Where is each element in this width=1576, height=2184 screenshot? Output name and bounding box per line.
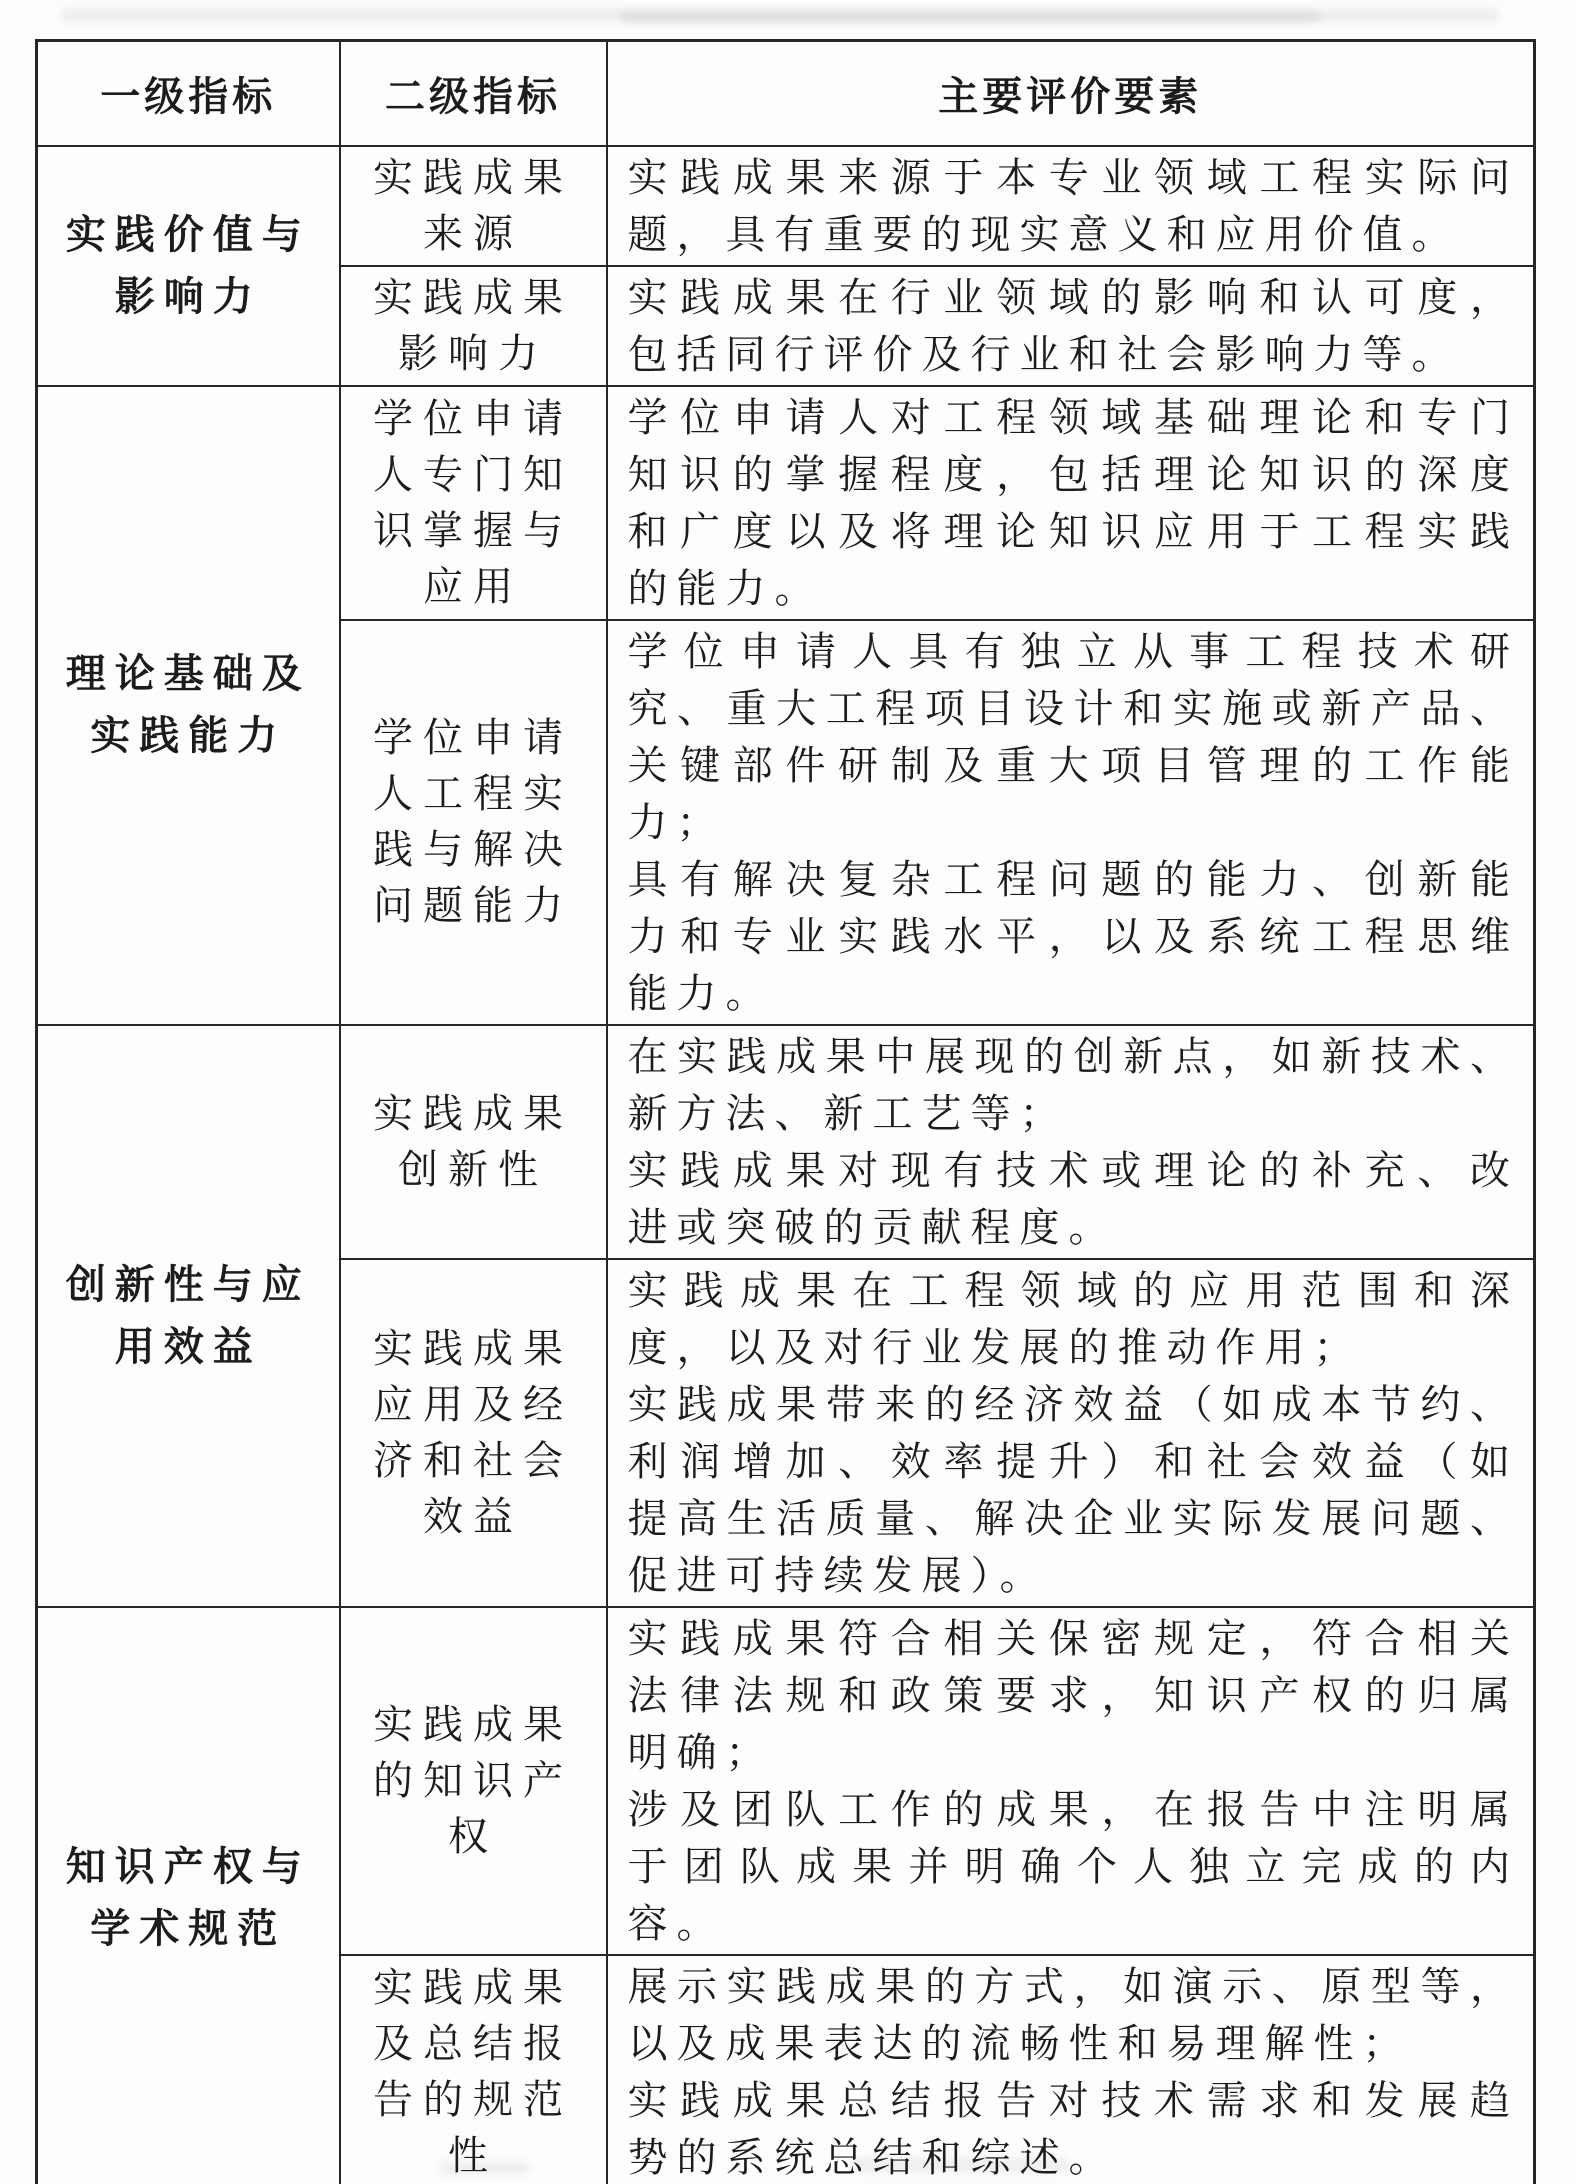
scanned-document-page: 一级指标 二级指标 主要评价要素 实践价值与 影响力 实践成果 来源 实践成果来… bbox=[0, 0, 1576, 2184]
criteria-cell-result-source: 实践成果来源于本专业领域工程实际问题，具有重要的现实意义和应用价值。 bbox=[607, 146, 1535, 266]
criteria-text-line: 实践成果在工程领域的应用范围和深 bbox=[628, 1262, 1520, 1319]
criteria-cell-result-innovation: 在实践成果中展现的创新点，如新技术、新方法、新工艺等；实践成果对现有技术或理论的… bbox=[607, 1025, 1535, 1259]
level1-cell-practice-value: 实践价值与 影响力 bbox=[37, 146, 340, 386]
level2-cell-problem-solving: 学位申请 人工程实 践与解决 问题能力 bbox=[340, 620, 607, 1025]
criteria-text-line: 力和专业实践水平，以及系统工程思维 bbox=[628, 908, 1520, 965]
criteria-text-line: 进或突破的贡献程度。 bbox=[628, 1199, 1520, 1256]
criteria-text-line: 究、重大工程项目设计和实施或新产品、 bbox=[628, 680, 1520, 737]
criteria-text-line: 促进可持续发展）。 bbox=[628, 1547, 1520, 1604]
criteria-text-line: 度，以及对行业发展的推动作用； bbox=[628, 1319, 1520, 1376]
criteria-text-line: 实践成果来源于本专业领域工程实际问 bbox=[628, 149, 1520, 206]
criteria-text-line: 学位申请人具有独立从事工程技术研 bbox=[628, 623, 1520, 680]
criteria-text-line: 的能力。 bbox=[628, 560, 1520, 617]
criteria-text-line: 和广度以及将理论知识应用于工程实践 bbox=[628, 503, 1520, 560]
criteria-text-line: 法律法规和政策要求，知识产权的归属 bbox=[628, 1667, 1520, 1724]
level1-cell-ip-academic-norms: 知识产权与 学术规范 bbox=[37, 1607, 340, 2184]
header-cell-level2-indicator: 二级指标 bbox=[340, 41, 607, 146]
criteria-text-line: 明确； bbox=[628, 1724, 1520, 1781]
criteria-text-line: 于团队成果并明确个人独立完成的内 bbox=[628, 1838, 1520, 1895]
criteria-text-line: 实践成果符合相关保密规定，符合相关 bbox=[628, 1610, 1520, 1667]
criteria-text-line: 利润增加、效率提升）和社会效益（如 bbox=[628, 1433, 1520, 1490]
criteria-cell-problem-solving: 学位申请人具有独立从事工程技术研究、重大工程项目设计和实施或新产品、关键部件研制… bbox=[607, 620, 1535, 1025]
criteria-text-line: 实践成果总结报告对技术需求和发展趋 bbox=[628, 2072, 1520, 2129]
table-row: 创新性与应 用效益 实践成果 创新性 在实践成果中展现的创新点，如新技术、新方法… bbox=[37, 1025, 1535, 1259]
criteria-cell-report-standardization: 展示实践成果的方式，如演示、原型等，以及成果表达的流畅性和易理解性；实践成果总结… bbox=[607, 1955, 1535, 2184]
criteria-cell-knowledge-mastery: 学位申请人对工程领域基础理论和专门知识的掌握程度，包括理论知识的深度和广度以及将… bbox=[607, 386, 1535, 620]
level2-cell-application-benefit: 实践成果 应用及经 济和社会 效益 bbox=[340, 1259, 607, 1607]
criteria-text-line: 具有解决复杂工程问题的能力、创新能 bbox=[628, 851, 1520, 908]
criteria-text-line: 题，具有重要的现实意义和应用价值。 bbox=[628, 206, 1520, 263]
level1-cell-innovation-benefit: 创新性与应 用效益 bbox=[37, 1025, 340, 1607]
criteria-text-line: 涉及团队工作的成果，在报告中注明属 bbox=[628, 1781, 1520, 1838]
table-row: 理论基础及 实践能力 学位申请 人专门知 识掌握与 应用 学位申请人对工程领域基… bbox=[37, 386, 1535, 620]
criteria-text-line: 实践成果带来的经济效益（如成本节约、 bbox=[628, 1376, 1520, 1433]
header-cell-main-criteria: 主要评价要素 bbox=[607, 41, 1535, 146]
header-row: 一级指标 二级指标 主要评价要素 bbox=[37, 41, 1535, 146]
table-row: 知识产权与 学术规范 实践成果 的知识产 权 实践成果符合相关保密规定，符合相关… bbox=[37, 1607, 1535, 1955]
criteria-text-line: 以及成果表达的流畅性和易理解性； bbox=[628, 2015, 1520, 2072]
criteria-text-line: 学位申请人对工程领域基础理论和专门 bbox=[628, 389, 1520, 446]
level2-cell-report-standardization: 实践成果 及总结报 告的规范 性 bbox=[340, 1955, 607, 2184]
level2-cell-knowledge-mastery: 学位申请 人专门知 识掌握与 应用 bbox=[340, 386, 607, 620]
level2-cell-intellectual-property: 实践成果 的知识产 权 bbox=[340, 1607, 607, 1955]
criteria-text-line: 新方法、新工艺等； bbox=[628, 1085, 1520, 1142]
criteria-text-line: 力； bbox=[628, 794, 1520, 851]
criteria-text-line: 展示实践成果的方式，如演示、原型等， bbox=[628, 1958, 1520, 2015]
level2-cell-result-source: 实践成果 来源 bbox=[340, 146, 607, 266]
criteria-text-line: 知识的掌握程度，包括理论知识的深度 bbox=[628, 446, 1520, 503]
criteria-cell-application-benefit: 实践成果在工程领域的应用范围和深度，以及对行业发展的推动作用；实践成果带来的经济… bbox=[607, 1259, 1535, 1607]
header-cell-level1-indicator: 一级指标 bbox=[37, 41, 340, 146]
scan-artifact bbox=[620, 12, 1320, 22]
level1-cell-theory-practice: 理论基础及 实践能力 bbox=[37, 386, 340, 1025]
criteria-text-line: 关键部件研制及重大项目管理的工作能 bbox=[628, 737, 1520, 794]
table-row: 实践价值与 影响力 实践成果 来源 实践成果来源于本专业领域工程实际问题，具有重… bbox=[37, 146, 1535, 266]
criteria-text-line: 实践成果在行业领域的影响和认可度， bbox=[628, 269, 1520, 326]
criteria-text-line: 在实践成果中展现的创新点，如新技术、 bbox=[628, 1028, 1520, 1085]
criteria-text-line: 提高生活质量、解决企业实际发展问题、 bbox=[628, 1490, 1520, 1547]
criteria-cell-intellectual-property: 实践成果符合相关保密规定，符合相关法律法规和政策要求，知识产权的归属明确；涉及团… bbox=[607, 1607, 1535, 1955]
criteria-text-line: 包括同行评价及行业和社会影响力等。 bbox=[628, 326, 1520, 383]
criteria-text-line: 容。 bbox=[628, 1895, 1520, 1952]
criteria-text-line: 势的系统总结和综述。 bbox=[628, 2129, 1520, 2184]
criteria-text-line: 实践成果对现有技术或理论的补充、改 bbox=[628, 1142, 1520, 1199]
criteria-cell-result-influence: 实践成果在行业领域的影响和认可度，包括同行评价及行业和社会影响力等。 bbox=[607, 266, 1535, 386]
level2-cell-result-innovation: 实践成果 创新性 bbox=[340, 1025, 607, 1259]
level2-cell-result-influence: 实践成果 影响力 bbox=[340, 266, 607, 386]
evaluation-criteria-table: 一级指标 二级指标 主要评价要素 实践价值与 影响力 实践成果 来源 实践成果来… bbox=[35, 39, 1536, 2184]
criteria-text-line: 能力。 bbox=[628, 965, 1520, 1022]
